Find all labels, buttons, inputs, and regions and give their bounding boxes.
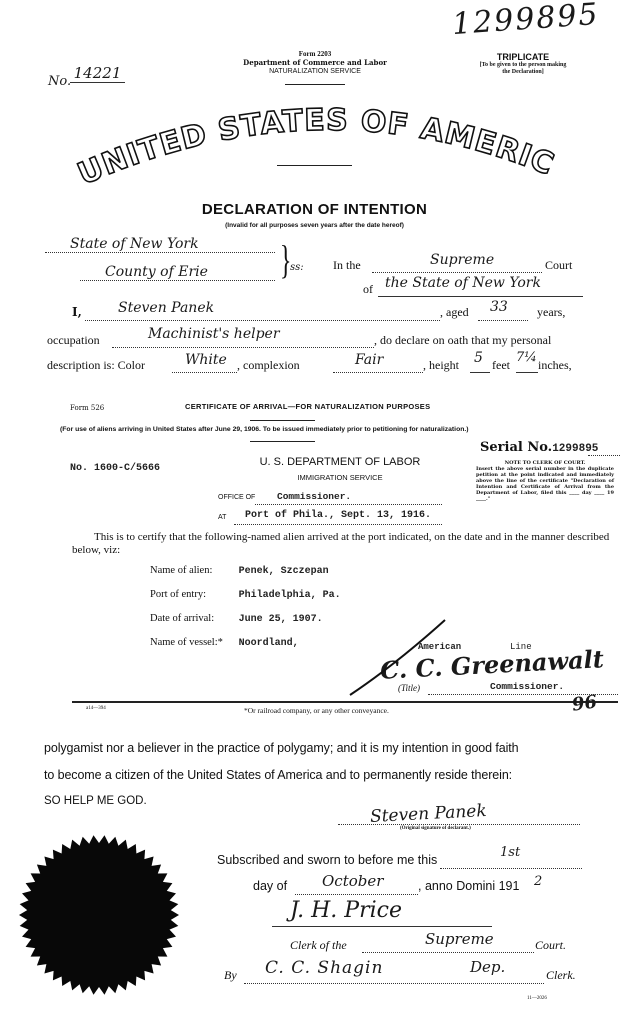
- certificate-bottom-rule: [72, 701, 618, 703]
- serial-rule: [588, 455, 620, 456]
- court-seal-icon: [16, 832, 182, 998]
- declarant-i-label: I,: [72, 305, 82, 319]
- court-label: Court: [545, 258, 572, 273]
- color-rule: [172, 372, 237, 373]
- serial-value: 1299895: [552, 443, 598, 455]
- oath-text: , do declare on oath that my personal: [374, 333, 551, 348]
- description-label: description is: Color: [47, 358, 145, 373]
- complexion-value: Fair: [355, 352, 383, 368]
- united-states-title-arc: UNITED STATES OF AMERICA: [0, 90, 629, 200]
- at-rule: [234, 524, 442, 525]
- validity-note: (Invalid for all purposes seven years af…: [0, 222, 629, 229]
- occupation-rule: [112, 347, 374, 348]
- certificate-divider-1: [250, 420, 315, 421]
- height-feet-value: 5: [474, 350, 483, 366]
- clerk-label: Clerk.: [546, 968, 576, 983]
- court-label: Court.: [535, 938, 566, 953]
- certificate-form-number: Form 526: [70, 404, 104, 412]
- arrival-date-value: June 25, 1907.: [239, 614, 323, 625]
- ss-label: ss:: [290, 262, 304, 273]
- clerk-initials: 96: [571, 691, 599, 715]
- labor-department-name: U. S. DEPARTMENT OF LABOR: [240, 456, 440, 468]
- complexion-label: , complexion: [237, 358, 300, 373]
- signature-caption: (Original signature of declarant.): [400, 826, 471, 831]
- clerk-note: NOTE TO CLERK OF COURT. Insert the above…: [476, 460, 614, 502]
- certificate-form-code: a14—394: [86, 706, 106, 711]
- clerk-note-body: Insert the above serial number in the du…: [476, 466, 614, 502]
- copy-note: [To be given to the person making the De…: [468, 62, 578, 76]
- office-value: Commissioner.: [277, 491, 351, 502]
- jurat-form-code: 11—2026: [527, 996, 547, 1001]
- declaration-number-value: 14221: [70, 64, 125, 83]
- years-label: years,: [537, 305, 565, 320]
- document-heading: DECLARATION OF INTENTION: [0, 201, 629, 218]
- title-divider: [277, 165, 352, 166]
- copy-note-line2: the Declaration]: [468, 69, 578, 76]
- month-value: October: [322, 872, 383, 890]
- day-value: 1st: [500, 845, 520, 860]
- in-the-label: In the: [333, 258, 361, 273]
- header-divider: [285, 84, 345, 85]
- month-rule: [295, 894, 418, 895]
- court-rule: [372, 272, 542, 273]
- vessel-name-value: Noordland,: [239, 638, 299, 649]
- by-label: By: [224, 968, 237, 983]
- arrival-field-label: Port of entry:: [150, 589, 236, 600]
- day-of-label: day of: [253, 879, 287, 893]
- day-rule: [440, 868, 582, 869]
- court-of-label: of: [363, 282, 373, 297]
- clerk-court-rule: [362, 952, 534, 953]
- occupation-label: occupation: [47, 333, 100, 348]
- inches-rule: [516, 372, 538, 373]
- venue-county: County of Erie: [105, 264, 208, 280]
- occupation-value: Machinist's helper: [148, 326, 280, 342]
- venue-state: State of New York: [70, 236, 199, 252]
- office-label: Office of: [218, 494, 255, 501]
- clerk-signature-rule: [272, 926, 492, 927]
- court-of-rule: [378, 296, 583, 297]
- department-name: Department of Commerce and Labor: [220, 59, 410, 67]
- deputy-abbrev: Dep.: [470, 958, 505, 976]
- arrival-field-row: Port of entry: Philadelphia, Pa.: [150, 589, 450, 613]
- serial-label: Serial No.: [480, 440, 552, 455]
- arrival-field-label: Date of arrival:: [150, 613, 236, 624]
- handwritten-serial: 1299895: [451, 0, 601, 42]
- certificate-divider-2: [250, 441, 315, 442]
- sworn-label: Subscribed and sworn to before me this: [217, 853, 437, 867]
- venue-brace: }: [280, 240, 292, 280]
- venue-line1-rule: [45, 252, 275, 253]
- declaration-number-label: No.: [48, 74, 71, 89]
- svg-text:UNITED STATES OF AMERICA: UNITED STATES OF AMERICA: [0, 90, 559, 192]
- serial-number: Serial No.1299895: [480, 440, 598, 455]
- arrival-field-row: Name of alien: Penek, Szczepan: [150, 565, 450, 589]
- immigration-service-name: IMMIGRATION SERVICE: [240, 473, 440, 482]
- clerk-court-value: Supreme: [425, 930, 494, 948]
- service-name: NATURALIZATION SERVICE: [230, 68, 400, 76]
- oath-closing: SO HELP ME GOD.: [44, 795, 147, 807]
- title-label: (Title): [398, 683, 420, 693]
- year-suffix-value: 2: [534, 874, 542, 889]
- clerk-of-label: Clerk of the: [290, 938, 347, 953]
- name-rule: [85, 320, 440, 321]
- inches-label: inches,: [538, 358, 572, 373]
- copy-note-line1: [To be given to the person making: [468, 62, 578, 69]
- height-inches-value: 7¼: [516, 350, 537, 365]
- certificate-file-number: No. 1600-C/5666: [70, 463, 160, 474]
- conveyance-footnote: *Or railroad company, or any other conve…: [244, 706, 389, 715]
- title-value: Commissioner.: [490, 681, 564, 692]
- oath-text-line1: polygamist nor a believer in the practic…: [44, 741, 589, 755]
- age-value: 33: [490, 299, 508, 315]
- court-name-value: Supreme: [430, 252, 494, 268]
- copy-type: TRIPLICATE: [478, 52, 568, 62]
- age-rule: [478, 320, 528, 321]
- office-rule: [255, 504, 442, 505]
- certificate-heading: CERTIFICATE OF ARRIVAL—FOR NATURALIZATIO…: [185, 402, 430, 411]
- venue-line2-rule: [80, 280, 275, 281]
- deputy-rule: [244, 983, 544, 984]
- certificate-usage-note: (For use of aliens arriving in United St…: [60, 426, 620, 433]
- feet-label: feet: [492, 358, 510, 373]
- port-of-entry-value: Philadelphia, Pa.: [239, 590, 341, 601]
- clerk-signature: J. H. Price: [290, 898, 402, 923]
- form-number: Form 2203: [240, 50, 390, 58]
- anno-label: , anno Domini 191: [418, 879, 519, 893]
- complexion-rule: [333, 372, 423, 373]
- certify-text: This is to certify that the following-na…: [72, 531, 612, 557]
- aged-label: , aged: [440, 305, 469, 320]
- color-value: White: [185, 352, 227, 368]
- oath-text-line2: to become a citizen of the United States…: [44, 768, 589, 782]
- court-jurisdiction-value: the State of New York: [385, 275, 541, 291]
- height-label: , height: [423, 358, 459, 373]
- deputy-signature: C. C. Shagin: [265, 958, 383, 978]
- at-label: At: [218, 514, 226, 521]
- declarant-name-value: Steven Panek: [118, 300, 214, 316]
- arrival-field-label: Name of alien:: [150, 565, 236, 576]
- feet-rule: [470, 372, 490, 373]
- arrival-field-label: Name of vessel:*: [150, 637, 236, 648]
- alien-name-value: Penek, Szczepan: [239, 566, 329, 577]
- at-value: Port of Phila., Sept. 13, 1916.: [245, 510, 431, 521]
